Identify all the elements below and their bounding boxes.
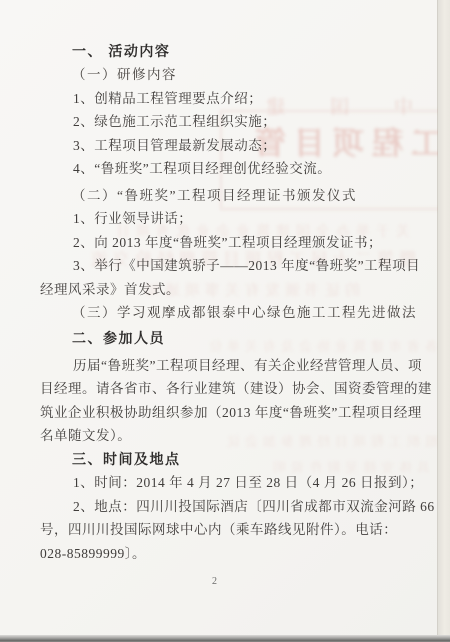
subsection-heading-training-content: （一）研修内容 (40, 63, 414, 86)
subsection-heading-certificate-ceremony: （二）“鲁班奖”工程项目经理证书颁发仪式 (40, 184, 414, 207)
doc-line: 3、举行《中国建筑骄子——2013 年度“鲁班奖”工程项目 (40, 254, 414, 277)
scan-edge-bottom (0, 635, 450, 642)
doc-line: 028-85899999〕。 (40, 542, 414, 565)
document-body: 一、 活动内容 （一）研修内容 1、创精品工程管理要点介绍； 2、绿色施工示范工… (40, 40, 414, 565)
doc-line: 3、工程项目管理最新发展动态； (40, 134, 414, 157)
section-heading-time-location: 三、时间及地点 (40, 448, 414, 471)
page-number: 2 (212, 576, 217, 587)
doc-line: 历届“鲁班奖”工程项目经理、有关企业经营管理人员、项 (40, 354, 414, 377)
doc-line: 4、“鲁班奖”工程项目经理创优经验交流。 (40, 157, 414, 180)
doc-line: 2、向 2013 年度“鲁班奖”工程项目经理颁发证书； (40, 231, 414, 254)
doc-line: 名单随文发）。 (40, 424, 414, 447)
section-heading-activity-content: 一、 活动内容 (40, 40, 414, 63)
scanned-document: { "document": { "page_number": "2", "lin… (0, 0, 450, 642)
section-heading-participants: 二、参加人员 (40, 327, 414, 350)
doc-line: 2、地点：四川川投国际酒店〔四川省成都市双流金河路 66 (40, 495, 414, 518)
doc-line: 筑业企业积极协助组织参加（2013 年度“鲁班奖”工程项目经理 (40, 401, 414, 424)
doc-line: 2、绿色施工示范工程组织实施； (40, 110, 414, 133)
doc-line: 号，四川川投国际网球中心内（乘车路线见附件）。电话： (40, 518, 414, 541)
subsection-heading-site-visit: （三）学习观摩成都银泰中心绿色施工工程先进做法 (40, 301, 414, 324)
scan-edge-right (437, 0, 450, 642)
doc-line: 经理风采录》首发式。 (40, 278, 414, 301)
doc-line: 1、时间：2014 年 4 月 27 日至 28 日（4 月 26 日报到）； (40, 471, 414, 494)
doc-line: 1、行业领导讲话； (40, 207, 414, 230)
doc-line: 目经理。请各省市、各行业建筑（建设）协会、国资委管理的建 (40, 377, 414, 400)
doc-line: 1、创精品工程管理要点介绍； (40, 87, 414, 110)
document-page: 中 国 建 工程项目管 关于举办全国建筑业企业优秀项目 暨第二十届工程项目管理经… (0, 0, 438, 636)
